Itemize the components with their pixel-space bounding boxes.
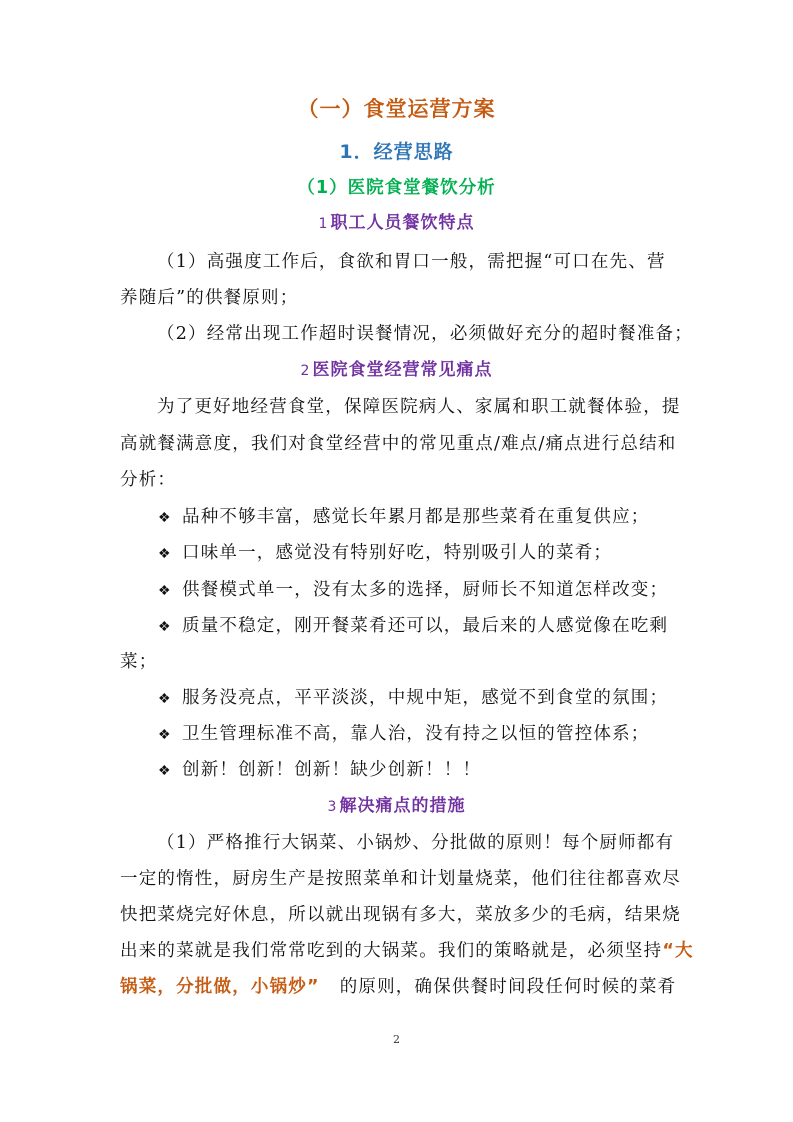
bullet-item: ❖创新！创新！创新！缺少创新！！！ — [120, 758, 713, 783]
bullet-item: ❖品种不够丰富，感觉长年累月都是那些菜肴在重复供应； — [120, 505, 713, 530]
document-page: （一）食堂运营方案 1．经营思路 （1）医院食堂餐饮分析 1职工人员餐饮特点 （… — [0, 0, 793, 1122]
highlight-text: “大 — [662, 941, 693, 961]
item-title: 职工人员餐饮特点 — [330, 213, 474, 233]
heading-item-1: 1职工人员餐饮特点 — [0, 211, 793, 236]
paragraph-line: （1）高强度工作后，食欲和胃口一般，需把握“可口在先、营 — [120, 250, 712, 274]
diamond-bullet-icon: ❖ — [158, 579, 182, 603]
item-number: 1 — [319, 212, 329, 236]
paragraph-line: 高就餐满意度，我们对食堂经营中的常见重点/难点/痛点进行总结和 — [120, 432, 675, 456]
paragraph-line: 锅菜，分批做，小锅炒”的原则，确保供餐时间段任何时候的菜肴 — [120, 975, 675, 999]
paragraph-line: 养随后”的供餐原则； — [120, 286, 675, 310]
paragraph-line: 出来的菜就是我们常常吃到的大锅菜。我们的策略就是，必须坚持“大 — [120, 939, 675, 963]
bullet-item: ❖服务没亮点，平平淡淡，中规中矩，感觉不到食堂的氛围； — [120, 686, 713, 711]
paragraph-line: （1）严格推行大锅菜、小锅炒、分批做的原则！每个厨师都有 — [120, 831, 712, 855]
heading-main: （一）食堂运营方案 — [0, 97, 793, 121]
bullet-item: ❖质量不稳定，刚开餐菜肴还可以，最后来的人感觉像在吃剩 — [120, 614, 713, 639]
item-number: 3 — [328, 795, 338, 819]
diamond-bullet-icon: ❖ — [158, 542, 182, 566]
diamond-bullet-icon: ❖ — [158, 506, 182, 530]
diamond-bullet-icon: ❖ — [158, 759, 182, 783]
paragraph-line: 分析： — [120, 468, 675, 492]
paragraph-line: 快把菜烧完好休息，所以就出现锅有多大，菜放多少的毛病，结果烧 — [120, 903, 675, 927]
paragraph-line: （2）经常出现工作超时误餐情况，必须做好充分的超时餐准备； — [120, 322, 712, 346]
heading-subsection: （1）医院食堂餐饮分析 — [0, 176, 793, 200]
item-number: 2 — [301, 359, 311, 383]
heading-item-3: 3解决痛点的措施 — [0, 794, 793, 819]
diamond-bullet-icon: ❖ — [158, 615, 182, 639]
diamond-bullet-icon: ❖ — [158, 687, 182, 711]
heading-item-2: 2医院食堂经营常见痛点 — [0, 358, 793, 383]
paragraph-line: 为了更好地经营食堂，保障医院病人、家属和职工就餐体验，提 — [120, 395, 712, 419]
heading-section: 1．经营思路 — [0, 140, 793, 164]
bullet-item: ❖供餐模式单一，没有太多的选择，厨师长不知道怎样改变； — [120, 578, 713, 603]
diamond-bullet-icon: ❖ — [158, 723, 182, 747]
bullet-item: ❖卫生管理标准不高，靠人治，没有持之以恒的管控体系； — [120, 722, 713, 747]
item-title: 解决痛点的措施 — [339, 796, 465, 816]
bullet-continuation: 菜； — [120, 650, 675, 674]
paragraph-line: 一定的惰性，厨房生产是按照菜单和计划量烧菜，他们往往都喜欢尽 — [120, 867, 675, 891]
item-title: 医院食堂经营常见痛点 — [312, 360, 492, 380]
page-number: 2 — [0, 1033, 793, 1046]
bullet-item: ❖口味单一，感觉没有特别好吃，特别吸引人的菜肴； — [120, 541, 713, 566]
highlight-text: 锅菜，分批做，小锅炒” — [120, 977, 320, 997]
